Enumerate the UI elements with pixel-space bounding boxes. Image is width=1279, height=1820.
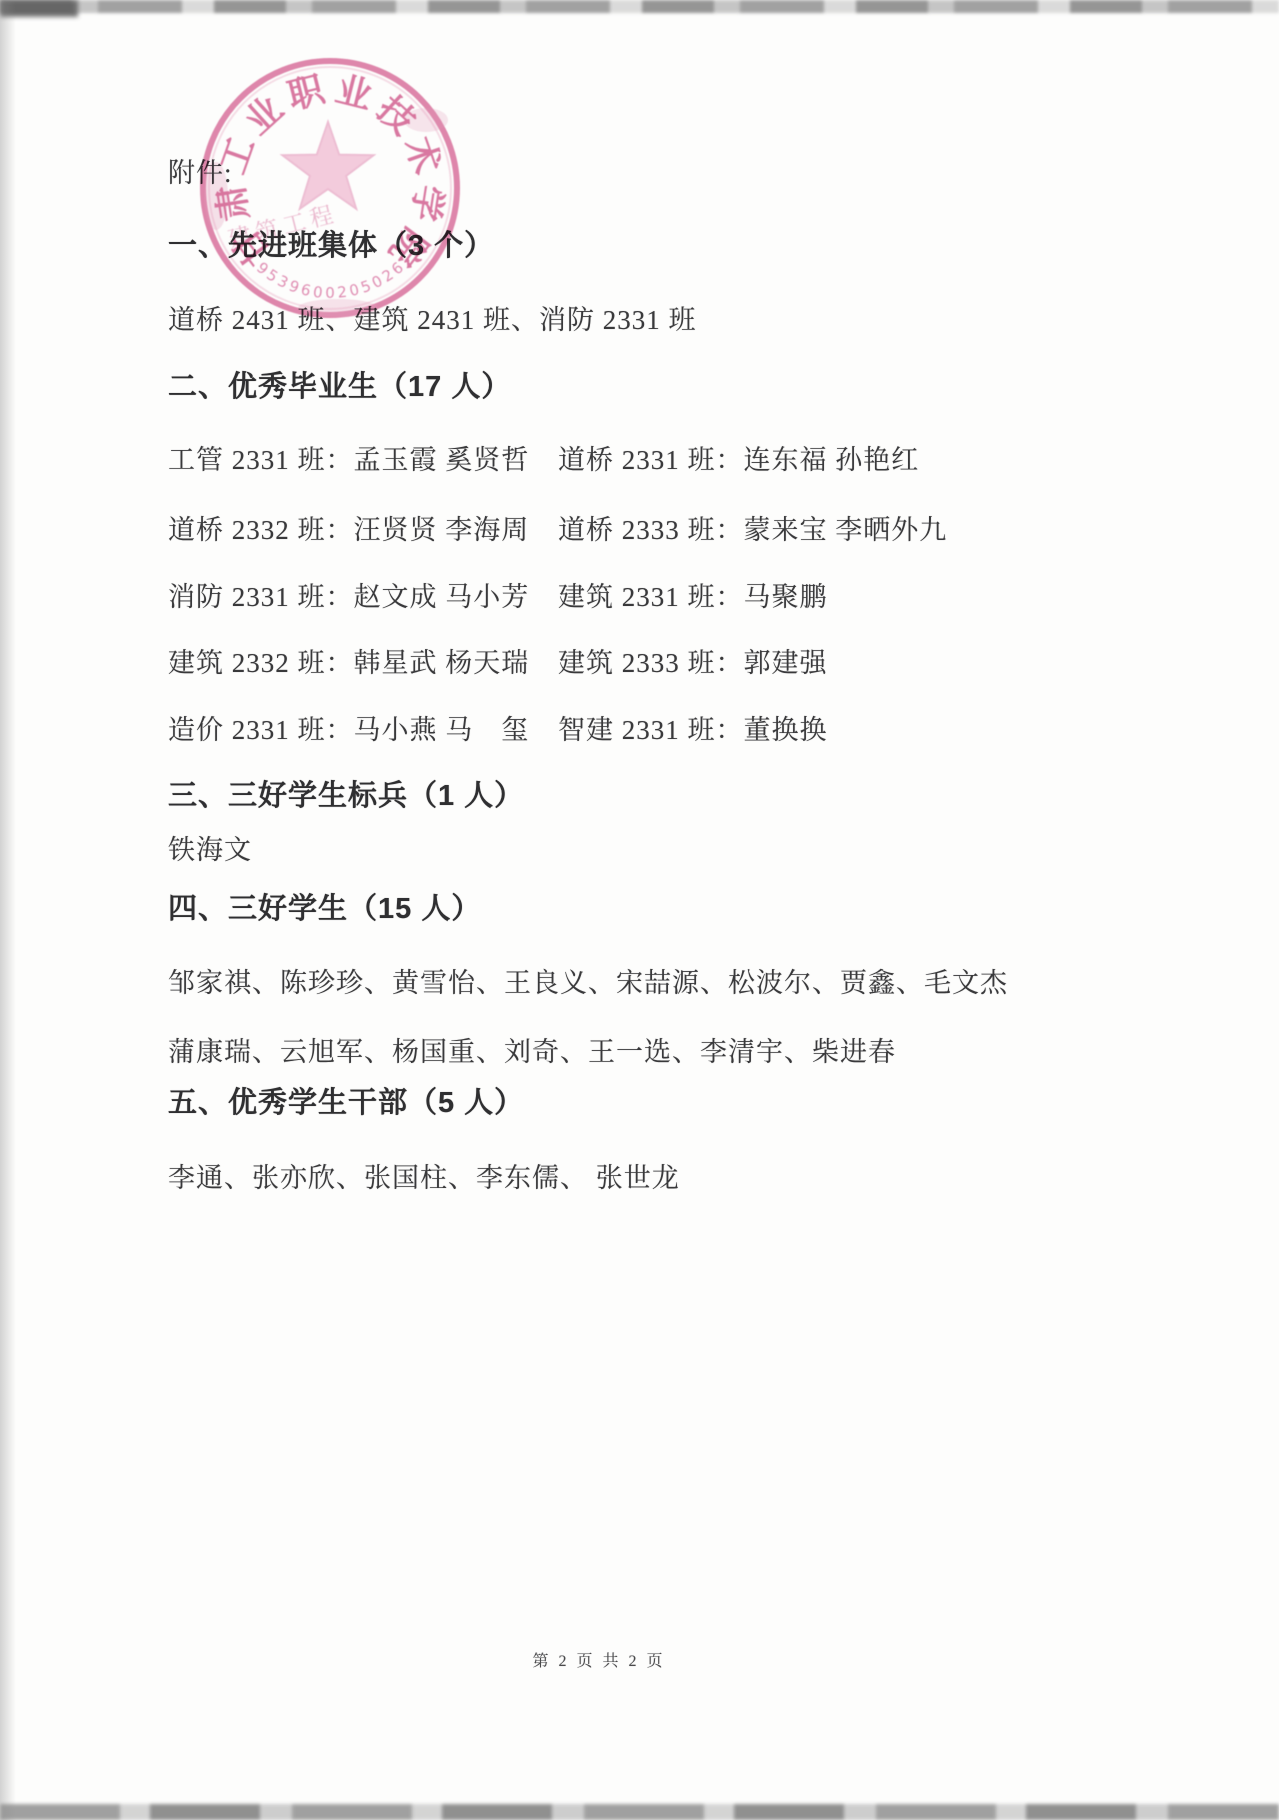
seal-ring-char: 业: [332, 69, 377, 117]
seal-serial-digit: 0: [325, 284, 335, 302]
section-4-heading: 四、三好学生（15 人）: [168, 892, 481, 926]
scan-artifact-top-edge: [0, 0, 1279, 13]
seal-ring-char: 职: [284, 69, 330, 117]
graduate-cell-left: 建筑 2332 班：韩星武 杨天瑞: [168, 646, 558, 680]
scan-artifact-bottom-edge: [0, 1804, 1279, 1820]
graduate-cell-left: 消防 2331 班：赵文成 马小芳: [168, 580, 558, 614]
section-4-names-line-2: 蒲康瑞、云旭军、杨国重、刘奇、王一选、李清宇、柴进春: [168, 1035, 896, 1069]
section-3-heading: 三、三好学生标兵（1 人）: [168, 779, 524, 813]
page-footer: 第 2 页 共 2 页: [0, 1648, 1198, 1671]
seal-star: [282, 122, 373, 209]
scanned-document-page: { "document": { "attachment_label": "附件:…: [0, 0, 1279, 1820]
section-3-name: 铁海文: [168, 833, 252, 867]
graduate-cell-right: 道桥 2333 班：蒙来宝 李晒外九: [558, 513, 947, 547]
seal-serial-digit: 0: [312, 283, 324, 302]
graduate-row: 造价 2331 班：马小燕 马 玺 智建 2331 班：董换换: [168, 713, 828, 747]
graduate-cell-left: 造价 2331 班：马小燕 马 玺: [168, 713, 558, 747]
seal-serial-digit: 6: [299, 280, 312, 300]
section-5-heading: 五、优秀学生干部（5 人）: [168, 1086, 524, 1120]
graduate-cell-right: 智建 2331 班：董换换: [558, 713, 828, 747]
graduate-cell-left: 工管 2331 班：孟玉霞 奚贤哲: [168, 443, 558, 477]
seal-ring-char: 肃: [211, 182, 256, 224]
graduate-row: 消防 2331 班：赵文成 马小芳 建筑 2331 班：马聚鹏: [168, 580, 828, 614]
section-2-heading: 二、优秀毕业生（17 人）: [168, 370, 511, 404]
section-4-names-line-1: 邹家祺、陈珍珍、黄雪怡、王良义、宋喆源、松波尔、贾鑫、毛文杰: [168, 966, 1008, 1000]
graduate-row: 工管 2331 班：孟玉霞 奚贤哲 道桥 2331 班：连东福 孙艳红: [168, 443, 919, 477]
graduate-cell-right: 建筑 2331 班：马聚鹏: [558, 580, 828, 614]
graduate-cell-right: 道桥 2331 班：连东福 孙艳红: [558, 443, 919, 477]
seal-serial-digit: 2: [336, 283, 348, 302]
seal-ring-char: 学: [404, 182, 449, 224]
scan-artifact-left-shadow: [0, 0, 16, 1820]
graduate-row: 道桥 2332 班：汪贤贤 李海周 道桥 2333 班：蒙来宝 李晒外九: [168, 513, 947, 547]
graduate-row: 建筑 2332 班：韩星武 杨天瑞 建筑 2333 班：郭建强: [168, 646, 828, 680]
graduate-cell-left: 道桥 2332 班：汪贤贤 李海周: [168, 513, 558, 547]
section-5-names-line: 李通、张亦欣、张国柱、李东儒、 张世龙: [168, 1161, 680, 1195]
official-seal: 建筑工程 甘肃工业职业技术学院 6205020069359: [188, 46, 476, 334]
graduate-cell-right: 建筑 2333 班：郭建强: [558, 646, 828, 680]
